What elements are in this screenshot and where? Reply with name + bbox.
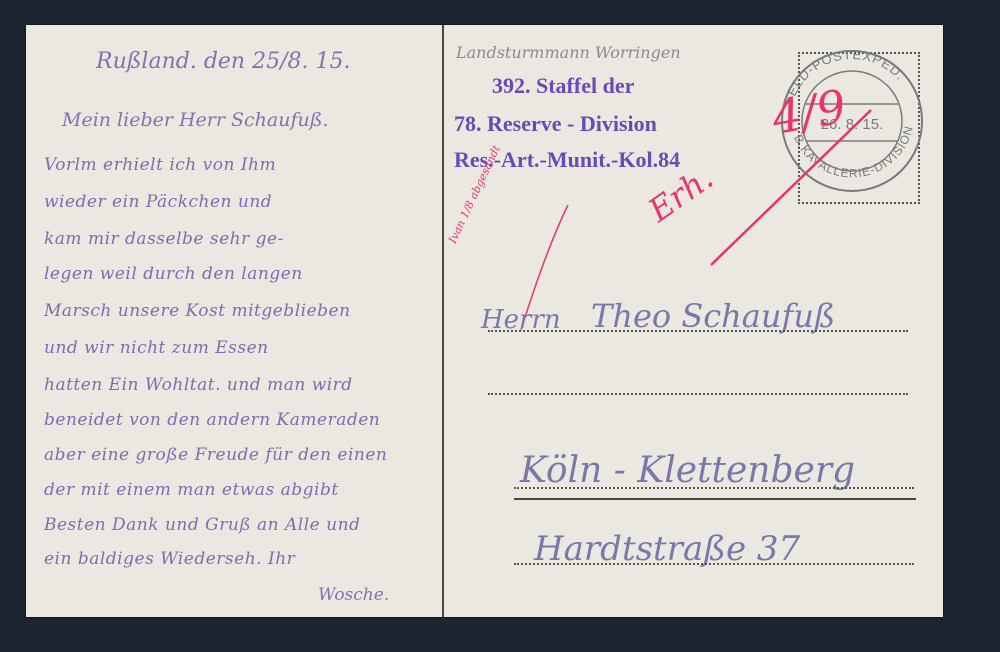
message-line: der mit einem man etwas abgibt [44, 480, 339, 500]
message-line: wieder ein Päckchen und [44, 192, 272, 212]
message-line: aber eine große Freude für den einen [44, 445, 387, 465]
address-line-1 [488, 330, 908, 332]
message-line: ein baldiges Wiederseh. Ihr [44, 549, 295, 569]
center-divider [442, 25, 444, 617]
sender-pencil-note: Landsturmmann Worringen [456, 43, 681, 62]
red-strike-line [706, 105, 876, 275]
message-line: Marsch unsere Kost mitgeblieben [44, 301, 351, 321]
recipient-city: Köln - Klettenberg [520, 450, 855, 491]
postcard: Rußland. den 25/8. 15. Mein lieber Herr … [26, 25, 943, 617]
message-line: hatten Ein Wohltat. und man wird [44, 375, 353, 395]
message-line: legen weil durch den langen [44, 264, 303, 284]
address-line-4 [514, 563, 914, 565]
message-header-date: Rußland. den 25/8. 15. [96, 49, 350, 74]
message-line: Vorlm erhielt ich von Ihm [44, 155, 276, 175]
city-underline [514, 498, 916, 500]
message-line: kam mir dasselbe sehr ge- [44, 229, 284, 249]
address-line-3 [514, 487, 914, 489]
message-line: beneidet von den andern Kameraden [44, 410, 380, 430]
signature: Wosche. [318, 585, 389, 605]
message-greeting: Mein lieber Herr Schaufuß. [62, 109, 328, 131]
message-line: Besten Dank und Gruß an Alle und [44, 515, 360, 535]
unit-stamp-line: 392. Staffel der [492, 73, 634, 99]
unit-stamp-line: 78. Reserve - Division [454, 111, 657, 137]
message-line: und wir nicht zum Essen [44, 338, 269, 358]
address-line-2 [488, 393, 908, 395]
